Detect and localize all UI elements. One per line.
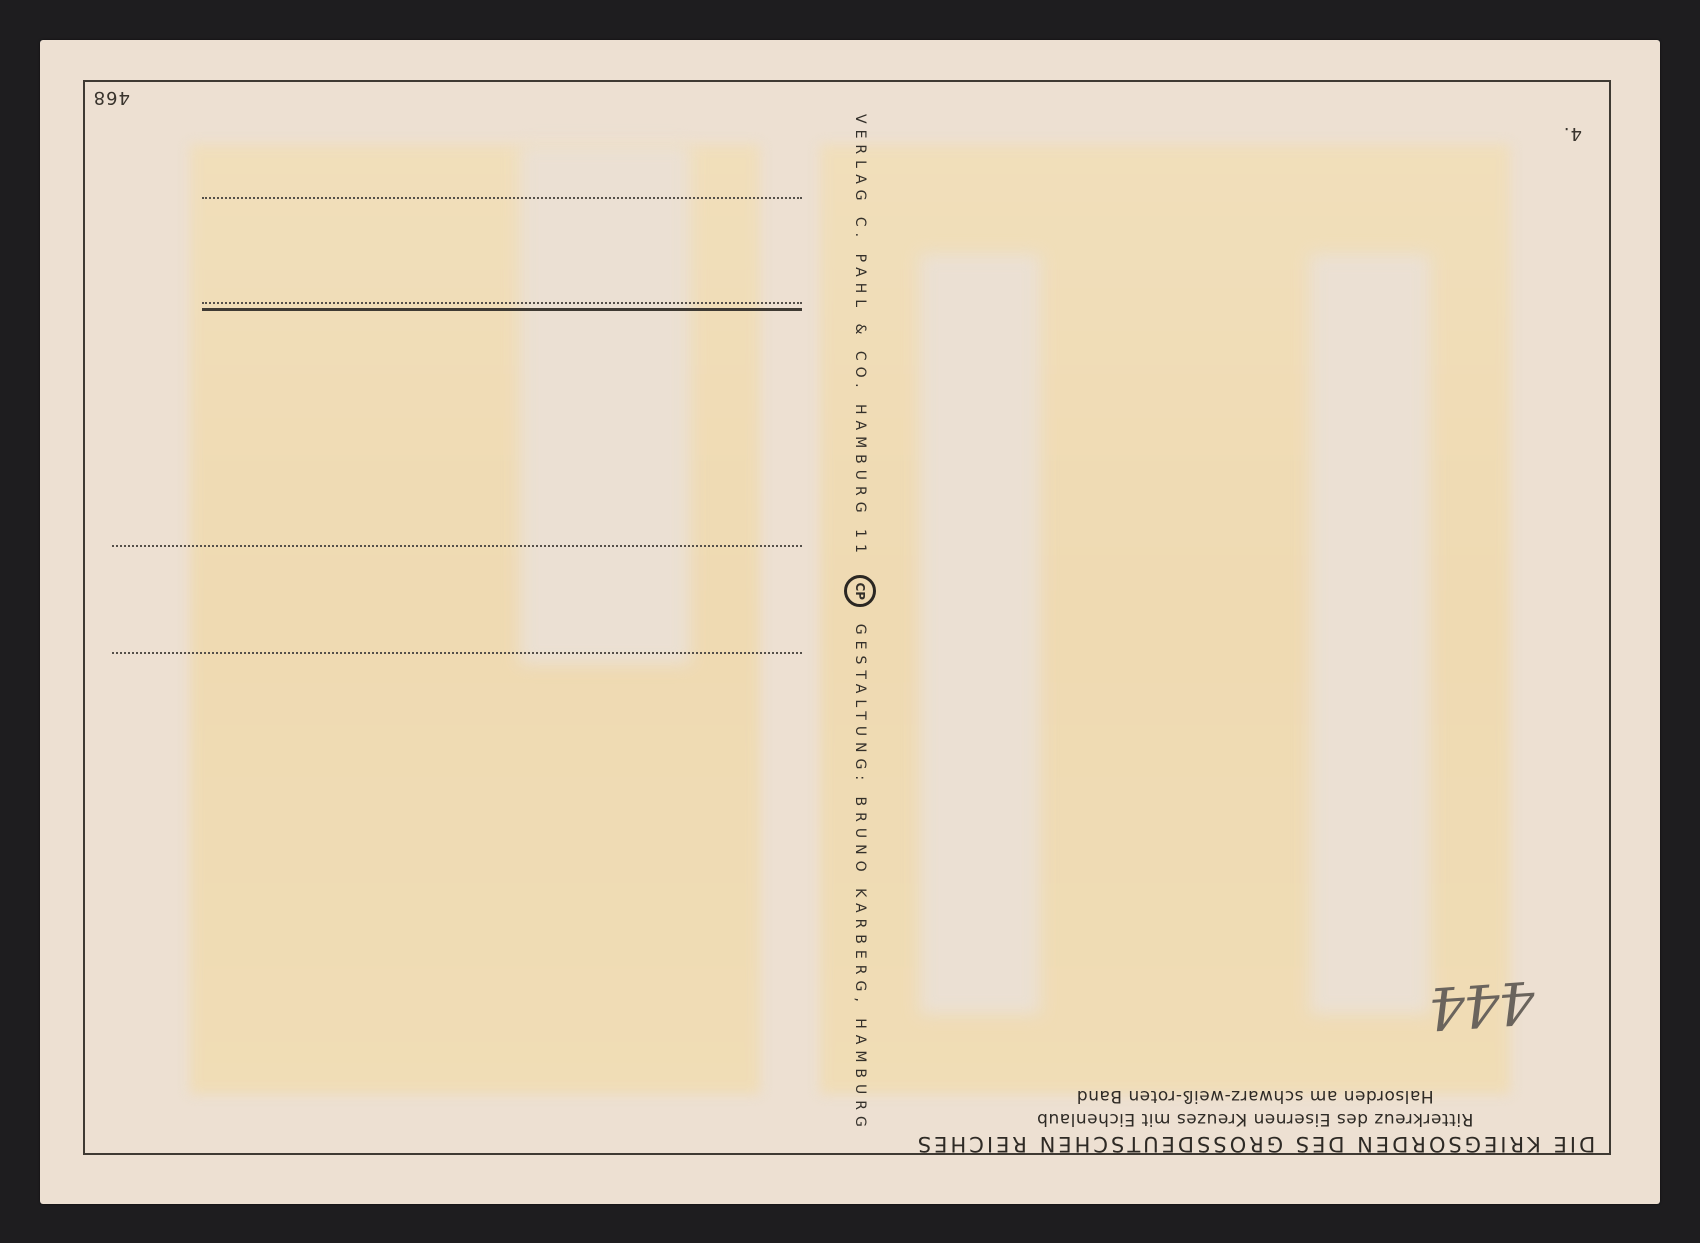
publisher-right: GESTALTUNG: BRUNO KARBERG, HAMBURG — [852, 624, 868, 1133]
address-line-4 — [202, 197, 802, 199]
caption-title: DIE KRIEGSORDEN DES GROSSDEUTSCHEN REICH… — [905, 1132, 1605, 1156]
card-number: 4. — [1563, 123, 1582, 144]
series-number: 468 — [93, 87, 130, 108]
postcard: 4. 468 DIE KRIEGSORDEN DES GROSSDEUTSCHE… — [40, 40, 1660, 1204]
publisher-left: VERLAG C. PAHL & CO. HAMBURG 11 — [852, 114, 868, 559]
address-line-1 — [112, 652, 802, 654]
handwritten-note: 444 — [1428, 967, 1537, 1042]
postcard-content-rotated: 4. 468 DIE KRIEGSORDEN DES GROSSDEUTSCHE… — [40, 40, 1660, 1204]
publisher-logo-icon: CP — [844, 575, 876, 607]
address-line-2 — [112, 545, 802, 547]
caption: DIE KRIEGSORDEN DES GROSSDEUTSCHEN REICH… — [905, 1086, 1605, 1156]
publisher-imprint: VERLAG C. PAHL & CO. HAMBURG 11 CP GESTA… — [844, 114, 876, 1133]
caption-line-2: Halsorden am schwarz-weiß-roten Band — [905, 1086, 1605, 1106]
address-line-3 — [202, 302, 802, 304]
caption-line-1: Ritterkreuz des Eisernen Kreuzes mit Eic… — [905, 1109, 1605, 1129]
address-line-3-underline — [202, 308, 802, 311]
